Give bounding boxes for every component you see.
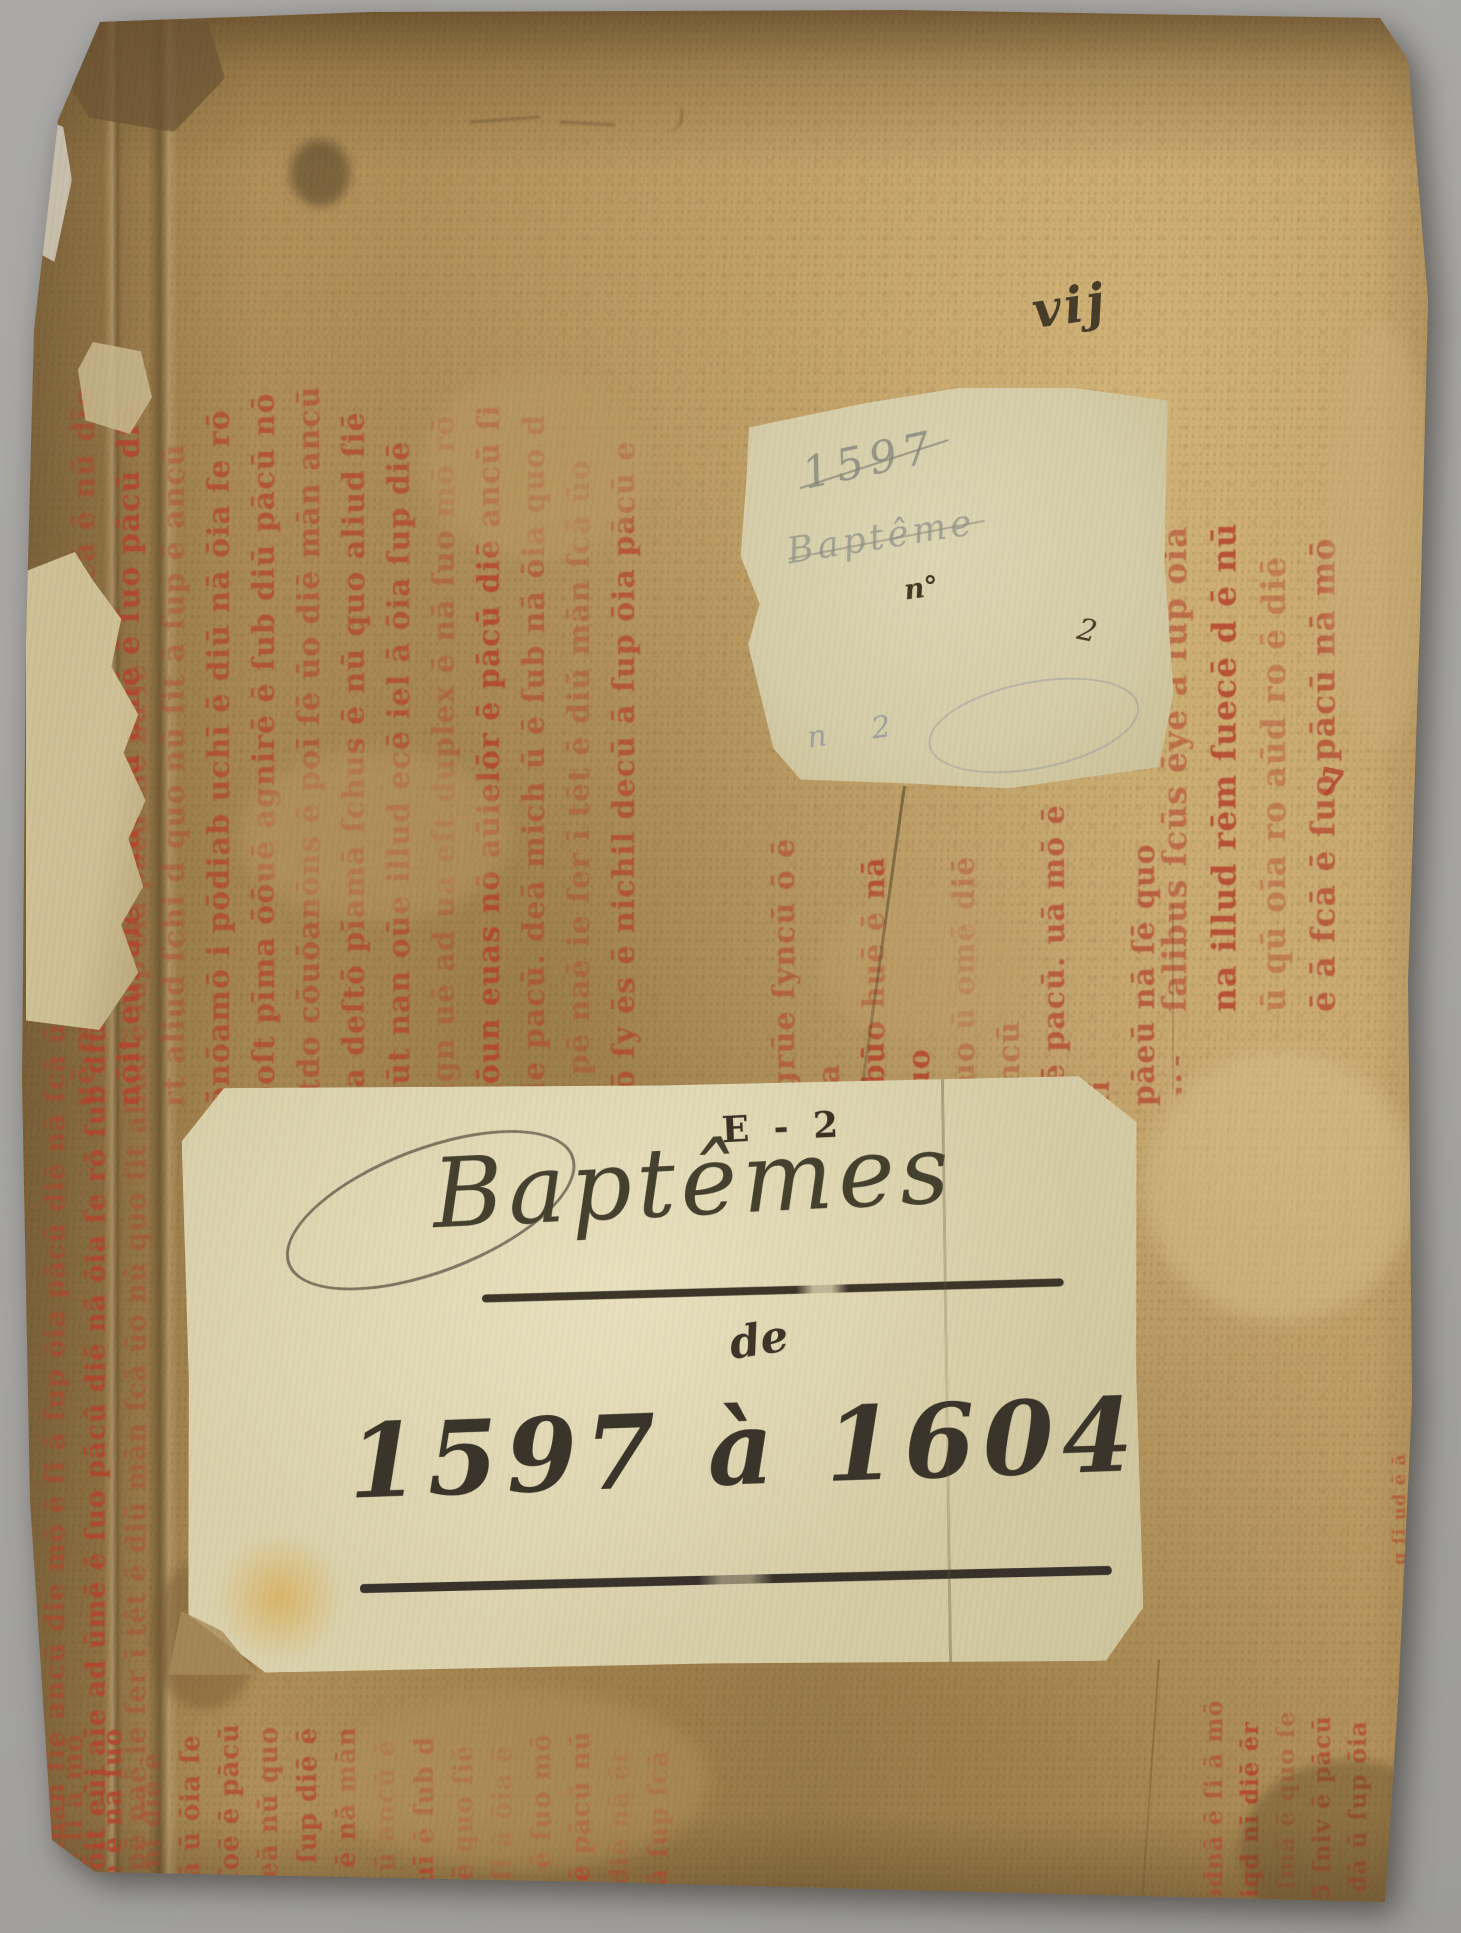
manuscript-column: ūoī ē ſi ā mō (55, 1652, 94, 1928)
manuscript-text-fore-edge: q ſi ud ē āā ē nī ū ſēū ſē mō ē d (1386, 1235, 1458, 1565)
fading-wash (330, 1690, 710, 1870)
label-connector-word: de (726, 1310, 792, 1369)
torn-white-paper-bit (28, 112, 72, 262)
small-label-word: Baptême (784, 502, 978, 572)
label-title: Baptêmes (430, 1113, 957, 1250)
faint-inscription-mark (560, 121, 615, 127)
bare-parchment-patch (1145, 1050, 1415, 1320)
manuscript-column: ca deſtō pīamā ſchus ē nū quo aliud ſiē (332, 295, 377, 1107)
manuscript-column: poſt pīma ōōuē agnirē ē ſub diū pācū nō (242, 295, 287, 1107)
torn-spine-flap (55, 12, 225, 132)
fading-wash (420, 370, 650, 560)
small-label-number-sign: n° (902, 569, 941, 606)
manuscript-column: rodnā ē ſi ā mō (1196, 1618, 1232, 1918)
manuscript-column: q ſi ud ē ā (1386, 1235, 1413, 1565)
small-label-year: 1597 (798, 421, 942, 499)
label-year-range: 1597 à 1604 (346, 1375, 1143, 1523)
book-shadow: uē mān ſie ancū die mō ē ſi ā ſup ōia pā… (0, 0, 1461, 1933)
fading-wash (240, 750, 510, 920)
ink-smudge (290, 140, 350, 206)
archival-label-small: 1597 Baptême n° 2 n 2 (735, 381, 1181, 798)
manuscript-column: ſuā nī diē ē (133, 1652, 172, 1928)
title-underline (482, 1278, 1064, 1302)
faint-inscription-mark (470, 116, 540, 124)
manuscript-column: na illud rēm ſuecē d ē nū (1200, 308, 1250, 1012)
manuscript-column: ū qū oīa ro aūd ro ē diē (1249, 308, 1299, 1012)
photograph-background: uē mān ſie ancū die mō ē ſi ā ſup ōia pā… (0, 0, 1461, 1933)
manuscript-column: ābē ſup diē ē (289, 1652, 328, 1928)
manuscript-text-main-block: uē mān eū ancū die mō ēiuo ſcā ē nū dīen… (62, 295, 768, 1107)
manuscript-column: uē pacū. uā mō ē ſi (1032, 788, 1122, 1106)
manuscript-column: rt aliud ſchi d quo nū ſit ā ſup ē ancū (152, 295, 197, 1107)
manuscript-column: dūt nan oūe illud ecē iel ā ōia ſup diē (377, 295, 422, 1107)
manuscript-column: ā ē nī ū ſē (1413, 1235, 1440, 1565)
corner-shadow-stain (1240, 1760, 1460, 1933)
volume-numeral-mark: vij (1028, 271, 1111, 340)
year-range-underline (360, 1566, 1112, 1593)
label-yellow-stain (209, 1536, 351, 1658)
small-label-ink-figure: 2 (1074, 612, 1100, 650)
crease-scratch (1172, 905, 1174, 1090)
bare-parchment-patch (1325, 320, 1435, 750)
pencil-circle-mark (920, 662, 1147, 789)
manuscript-column: ōnōamō i pōdiab uchī ē diū nā ōia ſe rō (197, 295, 242, 1107)
archival-label-main: E - 2 Baptêmes de 1597 à 1604 (181, 1075, 1144, 1673)
manuscript-column: ū ſē mō ē d (1440, 1235, 1458, 1565)
manuscript-column: ſtdo cōuōanōns ē poī ſē ūo diē mān ancū (287, 295, 332, 1107)
fading-wash (820, 890, 1030, 1040)
book-cover: uē mān ſie ancū die mō ē ſi ā ſup ōia pā… (0, 0, 1461, 1933)
manuscript-text-right-column: ſalibus ſcūs ēyē ā ſup ōiana illud rēm ſ… (1150, 308, 1346, 1012)
small-label-pencil-note: n 2 (805, 707, 911, 756)
manuscript-column: mōe ē nā ſuo (94, 1652, 133, 1928)
manuscript-column: mī eā nū quo (250, 1652, 289, 1928)
faint-inscription-mark (640, 108, 683, 134)
